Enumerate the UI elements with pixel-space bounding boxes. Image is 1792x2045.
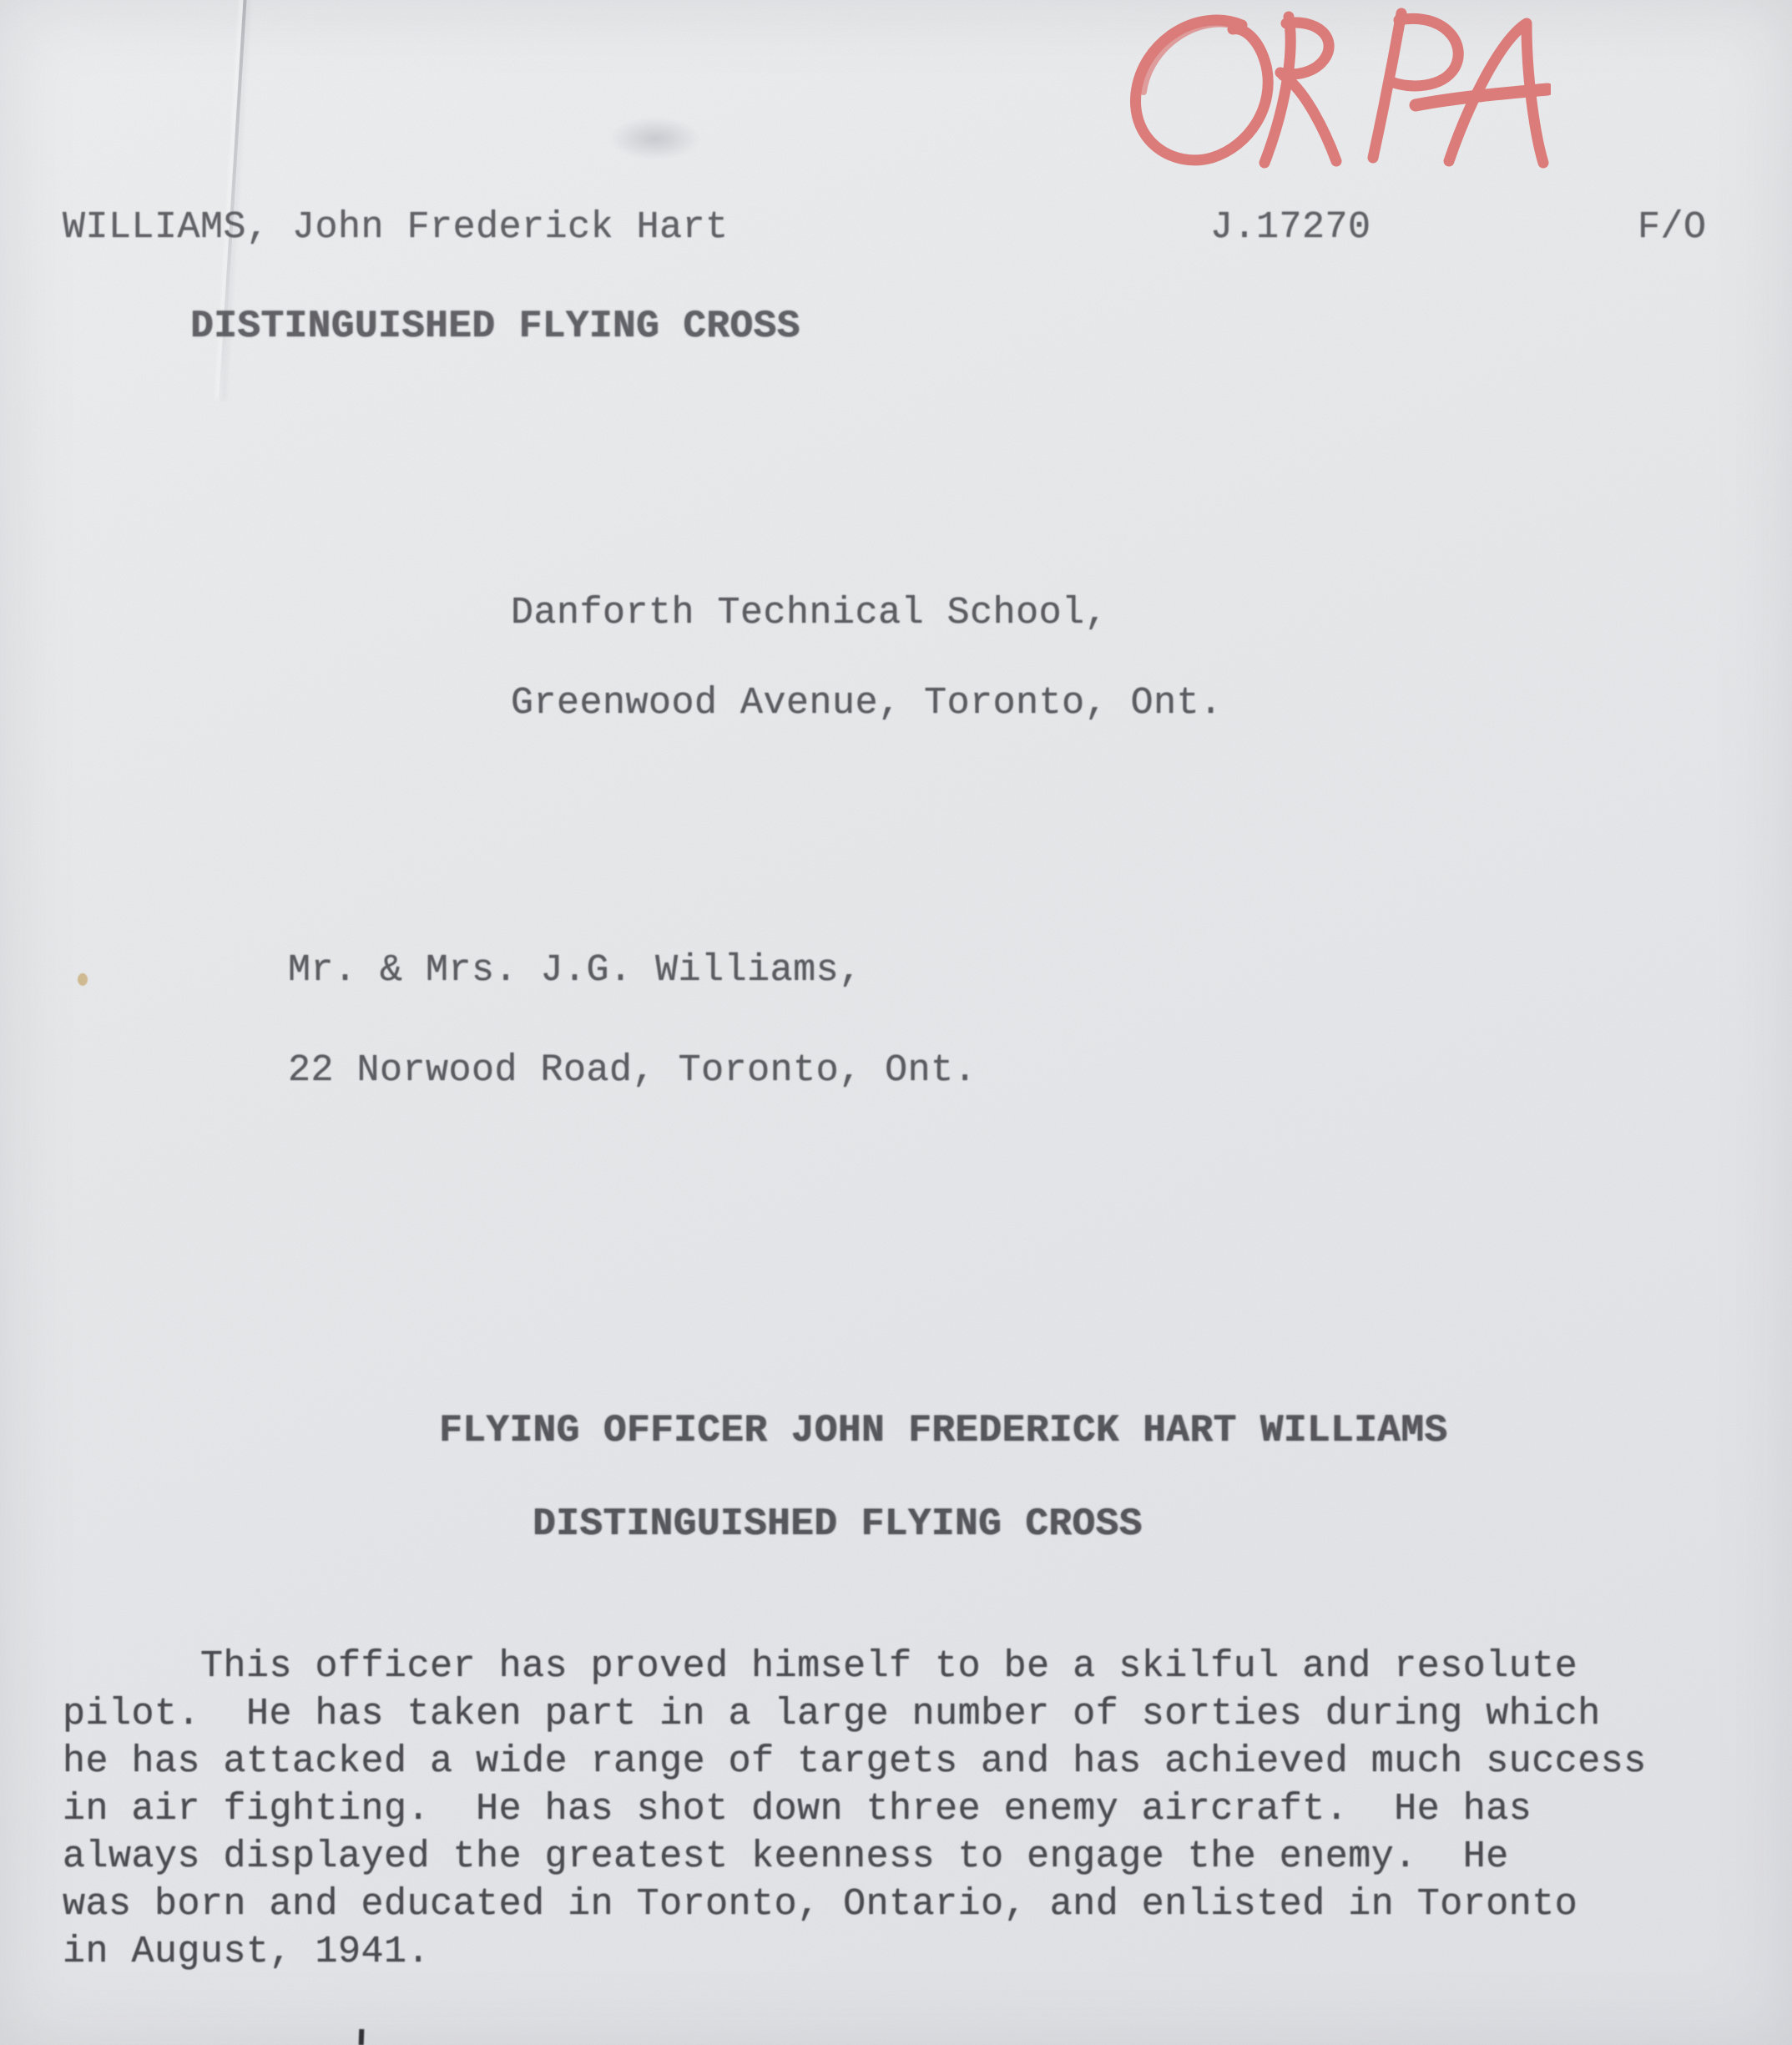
rank-abbreviation: F/O — [1638, 204, 1707, 251]
service-number: J.17270 — [1210, 204, 1371, 251]
citation-subtitle: DISTINGUISHED FLYING CROSS — [533, 1501, 1143, 1548]
stamp-text: OR PA — [0, 0, 1, 1]
school-address-line2: Greenwood Avenue, Toronto, Ont. — [511, 679, 1223, 727]
ink-smudge — [609, 117, 701, 160]
school-address-line1: Danforth Technical School, — [511, 589, 1108, 637]
header-name: WILLIAMS, John Frederick Hart — [63, 204, 729, 251]
citation-body: This officer has proved himself to be a … — [63, 1643, 1647, 1976]
handwritten-stamp-orpa — [1117, 5, 1551, 172]
scanned-document-page: OR PA WILLIAMS, John Frederick Hart J.17… — [0, 0, 1792, 2045]
next-of-kin-line2: 22 Norwood Road, Toronto, Ont. — [288, 1047, 977, 1094]
award-heading: DISTINGUISHED FLYING CROSS — [190, 303, 800, 351]
cutoff-text-mark — [359, 2029, 365, 2045]
next-of-kin-line1: Mr. & Mrs. J.G. Williams, — [288, 947, 862, 994]
citation-title: FLYING OFFICER JOHN FREDERICK HART WILLI… — [439, 1407, 1448, 1455]
paper-speck — [78, 973, 88, 986]
